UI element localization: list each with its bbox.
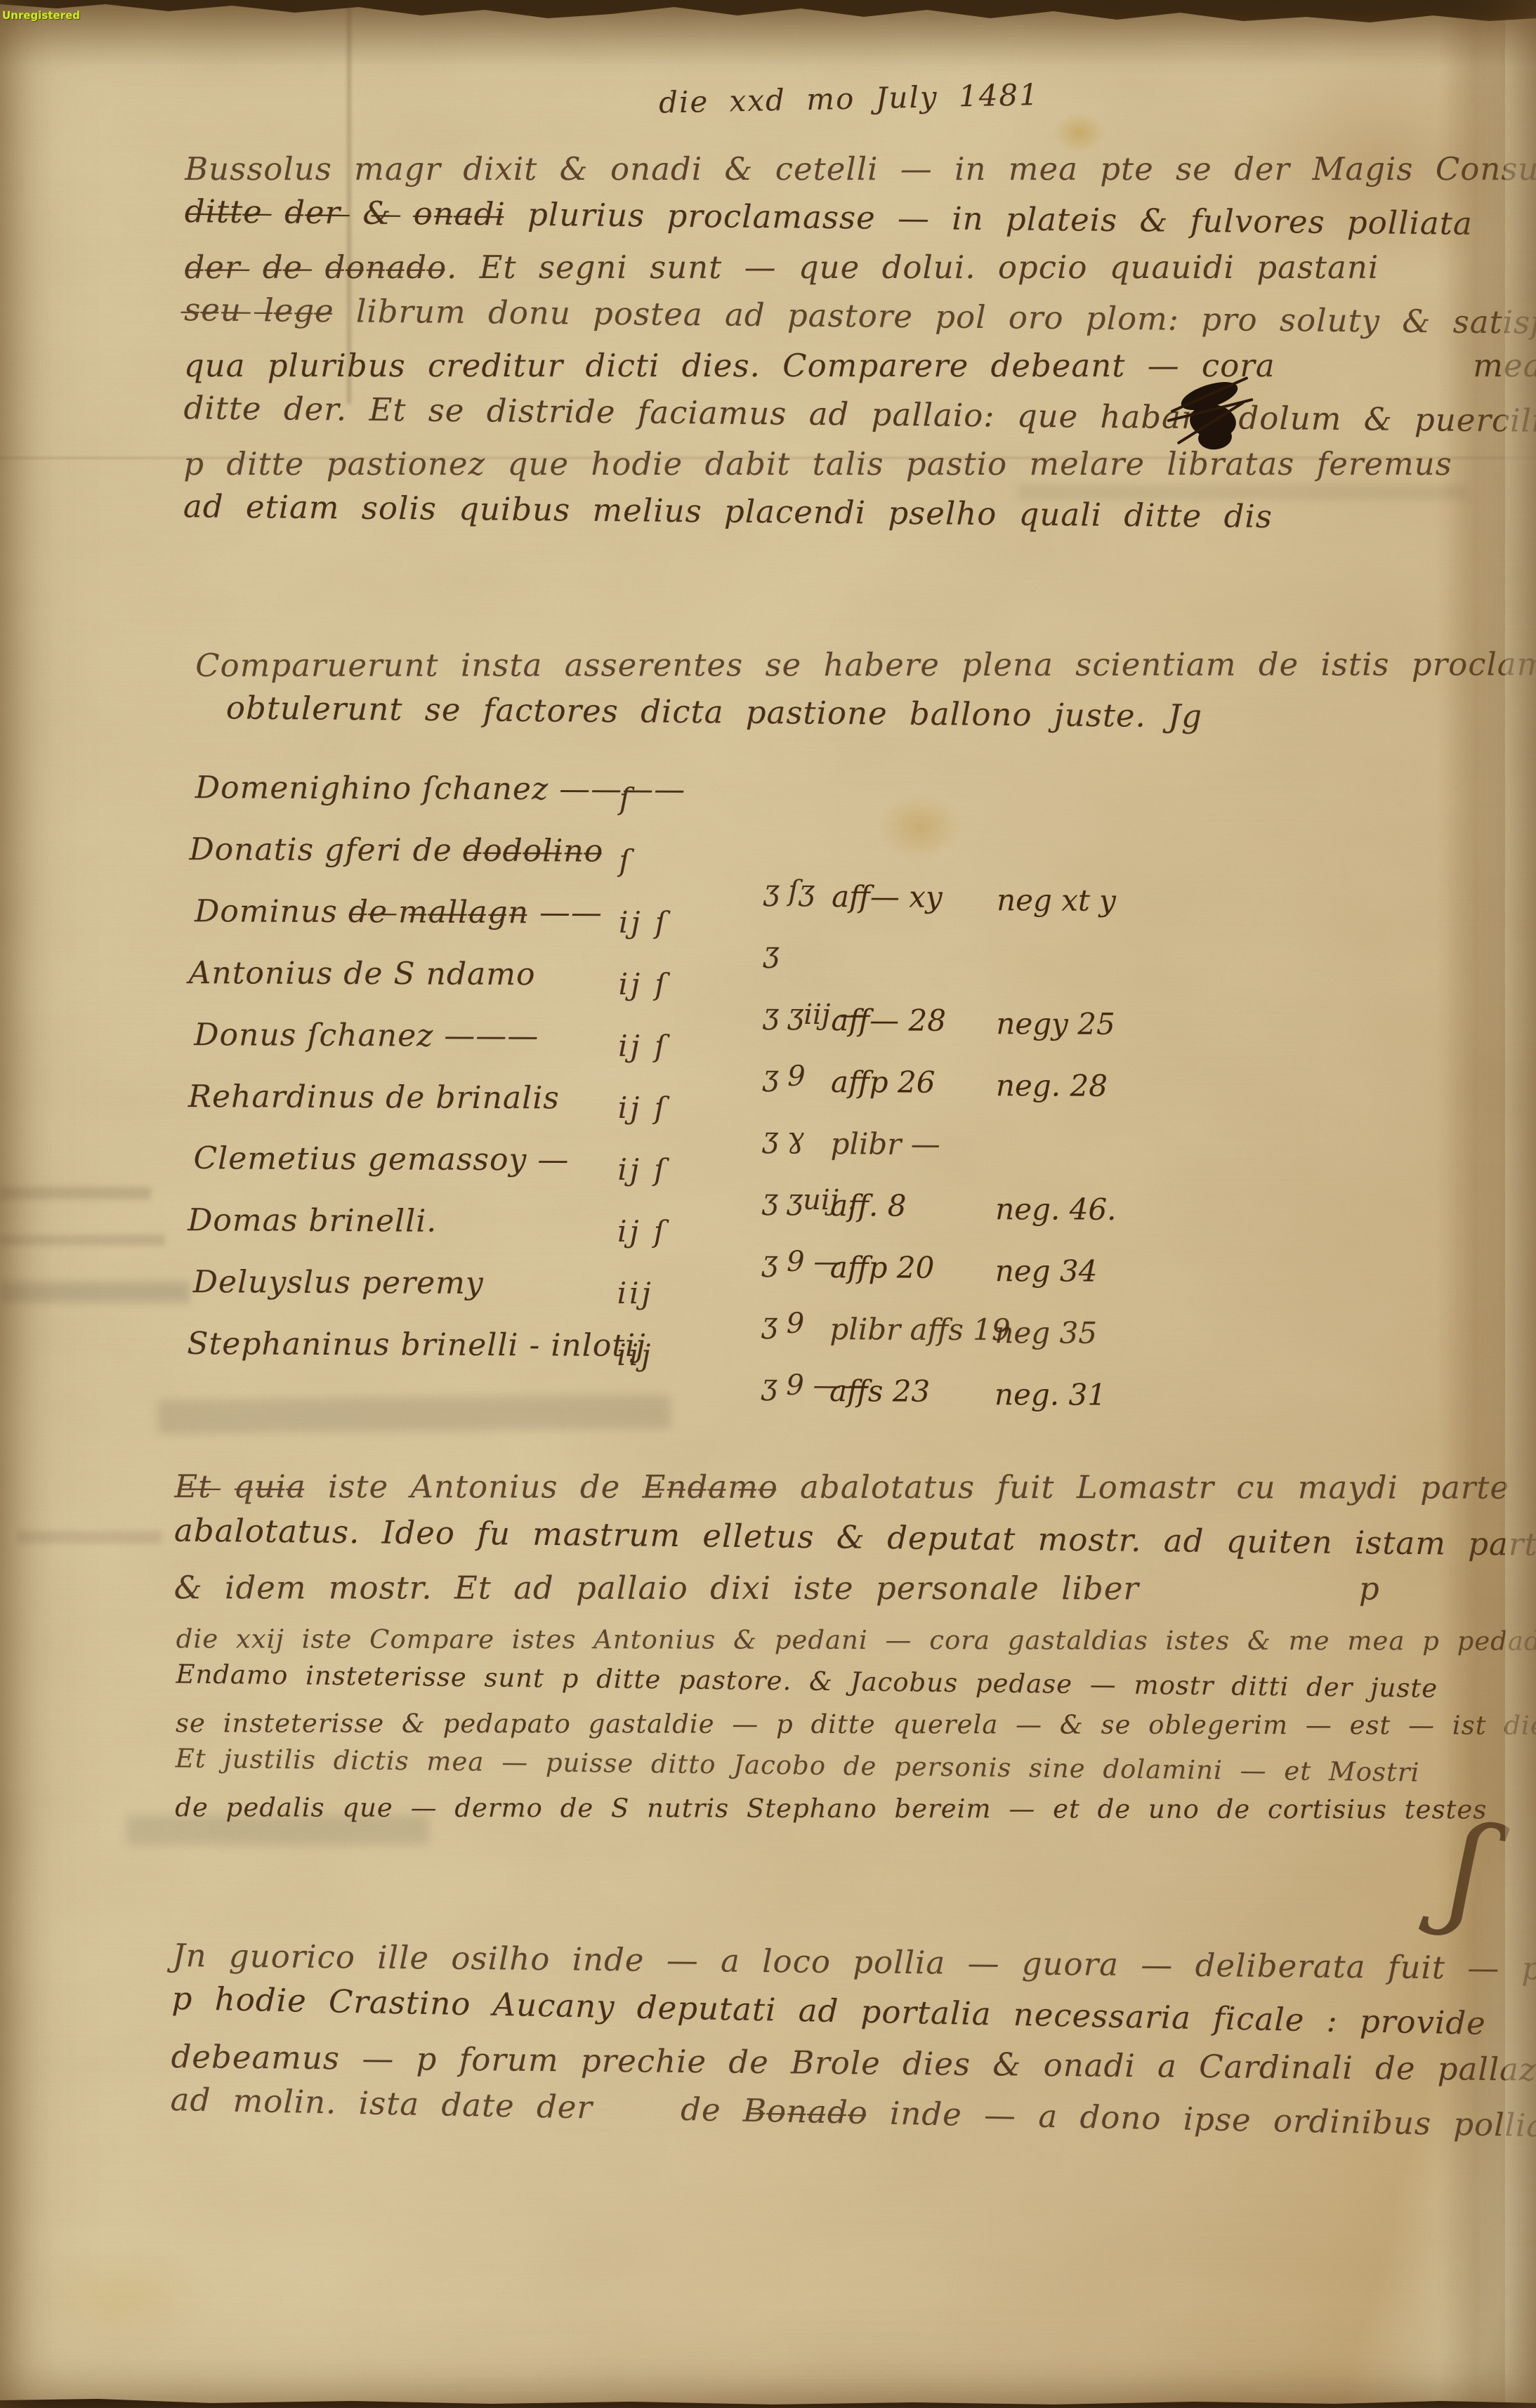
- torn-edge-shadow: [0, 0, 1536, 67]
- ballot-tick: ij ſ: [618, 1091, 669, 1125]
- ballot-row: Donus ſchanez ———ij ſʒ 9affp 26neg. 28: [188, 1017, 1424, 1084]
- ballot-row: Stephaninus brinelli - inlotijiijʒ 9 ——a…: [187, 1326, 1423, 1393]
- ballot-row: Domenighino ſchanez ————ſ: [190, 770, 1426, 837]
- ballot-tick: ij ſ: [617, 1152, 668, 1187]
- paragraph-final: Jn guorico ille osilho inde — a loco pol…: [170, 1927, 1536, 2152]
- ballot-name: Donus ſchanez ———: [194, 1017, 539, 1054]
- stain: [21, 2240, 218, 2353]
- ballot-name: Donatis gferi de d̶o̶d̶o̶l̶i̶n̶o̶: [189, 831, 603, 869]
- manuscript-line: obtulerunt se factores dicta pastione ba…: [226, 683, 1536, 745]
- show-through: [0, 1235, 165, 1246]
- manuscript-line: Bussolus magr dixit & onadi & cetelli — …: [185, 145, 1536, 194]
- manuscript-line: qua pluribus creditur dicti dies. Compar…: [184, 341, 1536, 390]
- ballot-row: Antonius de S ndamoij ſʒ ʒiij —aff— 28ne…: [188, 955, 1424, 1022]
- ballot-name: Rehardinus de brinalis: [188, 1079, 560, 1116]
- ballot-row: Rehardinus de brinalisij ſʒ ɣplibr —: [188, 1079, 1424, 1146]
- ballot-row: Deluyslus peremyiijʒ 9plibr affs 19neg 3…: [187, 1264, 1423, 1331]
- ballot-tick: ſ: [619, 843, 633, 878]
- smudge: [158, 1395, 671, 1434]
- manuscript-line: d̶e̶r̶ ̶d̶e̶ ̶d̶o̶n̶a̶d̶o̶. Et segni sun…: [184, 243, 1536, 292]
- ballot-tick: iij: [617, 1338, 653, 1372]
- paragraph-appearance: Comparuerunt insta asserentes se habere …: [195, 638, 1536, 741]
- ballot-table: Domenighino ſchanez ————ſDonatis gferi d…: [187, 770, 1426, 1393]
- manuscript-line: s̶e̶u̶ ̶l̶e̶g̶e̶ librum donu postea ad p…: [184, 285, 1536, 348]
- ballot-tick: ij ſ: [618, 967, 669, 1001]
- ballot-name: Clemetius gemassoy —: [193, 1140, 569, 1178]
- ballot-name: Stephaninus brinelli - inlotij: [187, 1326, 646, 1364]
- manuscript-line: E̶t̶ ̶q̶u̶i̶a̶ iste Antonius de E̶n̶d̶a̶…: [174, 1461, 1536, 1513]
- ballot-tick: ij ſ: [618, 1029, 669, 1063]
- ballot-aff: affs 23: [829, 1374, 930, 1409]
- ballot-name: Domenighino ſchanez ————: [195, 770, 686, 808]
- ballot-name: Antonius de S ndamo: [189, 955, 536, 992]
- paragraph-decision-small: die xxij iste Compare istes Antonius & p…: [175, 1615, 1536, 1834]
- ballot-name: Deluyslus peremy: [193, 1264, 484, 1301]
- ballot-neg: neg. 31: [995, 1377, 1106, 1412]
- manuscript-line: & idem mostr. Et ad pallaio dixi iste pe…: [174, 1562, 1536, 1614]
- smudge: [0, 1282, 190, 1303]
- ballot-tick: ſ: [619, 782, 634, 816]
- date-heading: die xxd mo July 1481: [659, 77, 1040, 119]
- ballot-row: Dominus d̶e̶ ̶m̶a̶l̶l̶a̶g̶n̶ ——ij ſʒ: [189, 893, 1425, 961]
- manuscript-line: abalotatus. Ideo fu mastrum elletus & de…: [174, 1505, 1536, 1570]
- show-through: [0, 1187, 151, 1199]
- paragraph-opening: Bussolus magr dixit & onadi & cetelli — …: [183, 142, 1536, 541]
- manuscript-line: Comparuerunt insta asserentes se habere …: [195, 640, 1536, 690]
- ballot-row: Donatis gferi de d̶o̶d̶o̶l̶i̶n̶o̶ſʒ ſʒaf…: [189, 831, 1425, 899]
- ballot-tick: iij: [617, 1276, 654, 1310]
- ballot-row: Domas brinelli.ij ſʒ 9 —affp 20neg 34: [188, 1202, 1424, 1270]
- manuscript-line: ad etiam solis quibus melius placendi ps…: [183, 482, 1536, 545]
- show-through: [18, 1531, 162, 1544]
- manuscript-page: die xxd mo July 1481 Bussolus magr dixit…: [0, 0, 1536, 2408]
- ballot-name: Domas brinelli.: [188, 1202, 437, 1239]
- torn-edge-top: [0, 0, 1536, 25]
- ballot-tick: ij ſ: [619, 905, 669, 940]
- manuscript-line: p ditte pastionez que hodie dabit talis …: [183, 440, 1536, 489]
- manuscript-line: ditte der. Et se distride faciamus ad pa…: [183, 383, 1536, 447]
- watermark-label: Unregistered: [2, 9, 80, 22]
- paragraph-decision-large: E̶t̶ ̶q̶u̶i̶a̶ iste Antonius de E̶n̶d̶a̶…: [173, 1459, 1536, 1618]
- ballot-name: Dominus d̶e̶ ̶m̶a̶l̶l̶a̶g̶n̶ ——: [195, 893, 603, 931]
- manuscript-line: d̶i̶t̶t̶e̶ ̶d̶e̶r̶ ̶&̶ ̶o̶n̶a̶d̶i̶ pluri…: [184, 187, 1536, 250]
- manuscript-line: de pedalis que — dermo de S nutris Steph…: [175, 1787, 1536, 1831]
- scan-edge-bottom: [0, 2398, 1536, 2408]
- ballot-row: Clemetius gemassoy —ij ſʒ ʒuij .aff. 8ne…: [188, 1140, 1424, 1208]
- ballot-tick: ij ſ: [617, 1214, 668, 1249]
